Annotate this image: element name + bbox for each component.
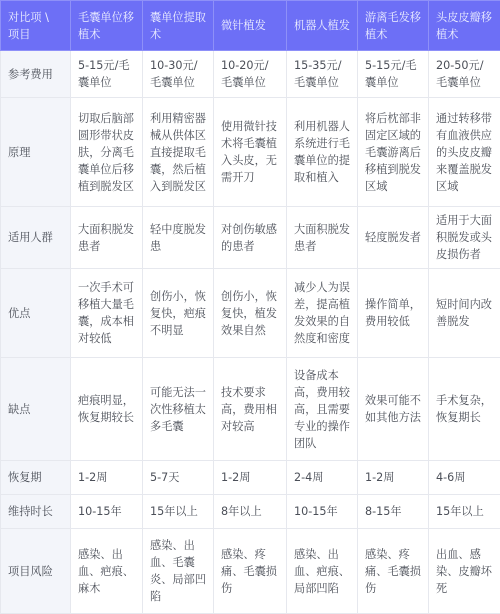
table-cell: 轻中度脱发患 bbox=[143, 207, 214, 269]
table-cell: 10-15年 bbox=[287, 495, 358, 529]
table-cell: 10-15年 bbox=[71, 495, 143, 529]
table-cell: 将后枕部非固定区域的毛囊游离后移植到脱发区域 bbox=[358, 98, 429, 207]
table-cell: 1-2周 bbox=[358, 461, 429, 495]
row-header: 缺点 bbox=[1, 358, 71, 461]
table-cell: 4-6周 bbox=[429, 461, 500, 495]
table-cell: 减少人为误差，提高植发效果的自然度和密度 bbox=[287, 269, 358, 358]
table-cell: 可能无法一次性移植太多毛囊 bbox=[143, 358, 214, 461]
table-cell: 使用微针技术将毛囊植入头皮，无需开刀 bbox=[214, 98, 287, 207]
row-header: 原理 bbox=[1, 98, 71, 207]
table-row: 参考费用 5-15元/毛囊单位 10-30元/毛囊单位 10-20元/毛囊单位 … bbox=[1, 51, 500, 98]
table-row: 优点 一次手术可移植大量毛囊，成本相对较低 创伤小，恢复快，疤痕不明显 创伤小，… bbox=[1, 269, 500, 358]
table-cell: 设备成本高，费用较高，且需要专业的操作团队 bbox=[287, 358, 358, 461]
table-cell: 通过转移带有血液供应的头皮皮瓣来覆盖脱发区域 bbox=[429, 98, 500, 207]
table-cell: 利用精密器械从供体区直接提取毛囊，然后植入到脱发区 bbox=[143, 98, 214, 207]
row-header: 优点 bbox=[1, 269, 71, 358]
table-cell: 15年以上 bbox=[143, 495, 214, 529]
table-cell: 操作简单，费用较低 bbox=[358, 269, 429, 358]
table-cell: 5-7天 bbox=[143, 461, 214, 495]
table-cell: 1-2周 bbox=[214, 461, 287, 495]
table-cell: 感染、出血、毛囊炎、局部凹陷 bbox=[143, 529, 214, 614]
corner-header: 对比项 \ 项目 bbox=[1, 1, 71, 51]
table-cell: 对创伤敏感的患者 bbox=[214, 207, 287, 269]
table-cell: 2-4周 bbox=[287, 461, 358, 495]
table-cell: 5-15元/毛囊单位 bbox=[71, 51, 143, 98]
table-cell: 感染、出血、疤痕、麻木 bbox=[71, 529, 143, 614]
row-header: 恢复期 bbox=[1, 461, 71, 495]
table-cell: 大面积脱发患者 bbox=[287, 207, 358, 269]
table-cell: 出血、感染、皮瓣坏死 bbox=[429, 529, 500, 614]
table-cell: 感染、出血、疤痕、局部凹陷 bbox=[287, 529, 358, 614]
table-cell: 10-20元/毛囊单位 bbox=[214, 51, 287, 98]
column-header: 囊单位提取术 bbox=[143, 1, 214, 51]
table-cell: 手术复杂，恢复期长 bbox=[429, 358, 500, 461]
column-header: 头皮皮瓣移植术 bbox=[429, 1, 500, 51]
table-cell: 感染、疼痛、毛囊损伤 bbox=[358, 529, 429, 614]
column-header: 微针植发 bbox=[214, 1, 287, 51]
table-cell: 适用于大面积脱发或头皮损伤者 bbox=[429, 207, 500, 269]
table-cell: 8年以上 bbox=[214, 495, 287, 529]
table-cell: 疤痕明显，恢复期较长 bbox=[71, 358, 143, 461]
table-cell: 利用机器人系统进行毛囊单位的提取和植入 bbox=[287, 98, 358, 207]
table-cell: 5-15元/毛囊单位 bbox=[358, 51, 429, 98]
table-row: 恢复期 1-2周 5-7天 1-2周 2-4周 1-2周 4-6周 bbox=[1, 461, 500, 495]
comparison-table: 对比项 \ 项目 毛囊单位移植术 囊单位提取术 微针植发 机器人植发 游离毛发移… bbox=[0, 0, 500, 614]
table-cell: 8-15年 bbox=[358, 495, 429, 529]
table-cell: 创伤小，恢复快，疤痕不明显 bbox=[143, 269, 214, 358]
table-cell: 1-2周 bbox=[71, 461, 143, 495]
table-row: 维持时长 10-15年 15年以上 8年以上 10-15年 8-15年 15年以… bbox=[1, 495, 500, 529]
table-cell: 创伤小，恢复快，植发效果自然 bbox=[214, 269, 287, 358]
table-cell: 一次手术可移植大量毛囊，成本相对较低 bbox=[71, 269, 143, 358]
column-header: 游离毛发移植术 bbox=[358, 1, 429, 51]
table-cell: 15-35元/毛囊单位 bbox=[287, 51, 358, 98]
table-cell: 轻度脱发者 bbox=[358, 207, 429, 269]
row-header: 维持时长 bbox=[1, 495, 71, 529]
table-row: 缺点 疤痕明显，恢复期较长 可能无法一次性移植太多毛囊 技术要求高，费用相对较高… bbox=[1, 358, 500, 461]
table-row: 适用人群 大面积脱发患者 轻中度脱发患 对创伤敏感的患者 大面积脱发患者 轻度脱… bbox=[1, 207, 500, 269]
table-cell: 感染、疼痛、毛囊损伤 bbox=[214, 529, 287, 614]
table-row: 项目风险 感染、出血、疤痕、麻木 感染、出血、毛囊炎、局部凹陷 感染、疼痛、毛囊… bbox=[1, 529, 500, 614]
table-cell: 15年以上 bbox=[429, 495, 500, 529]
table-cell: 技术要求高，费用相对较高 bbox=[214, 358, 287, 461]
table-cell: 切取后脑部圆形带状皮肤，分离毛囊单位后移植到脱发区 bbox=[71, 98, 143, 207]
table-cell: 20-50元/毛囊单位 bbox=[429, 51, 500, 98]
row-header: 参考费用 bbox=[1, 51, 71, 98]
table-cell: 大面积脱发患者 bbox=[71, 207, 143, 269]
row-header: 适用人群 bbox=[1, 207, 71, 269]
column-header: 毛囊单位移植术 bbox=[71, 1, 143, 51]
table-header-row: 对比项 \ 项目 毛囊单位移植术 囊单位提取术 微针植发 机器人植发 游离毛发移… bbox=[1, 1, 500, 51]
table-cell: 效果可能不如其他方法 bbox=[358, 358, 429, 461]
table-cell: 短时间内改善脱发 bbox=[429, 269, 500, 358]
column-header: 机器人植发 bbox=[287, 1, 358, 51]
table-row: 原理 切取后脑部圆形带状皮肤，分离毛囊单位后移植到脱发区 利用精密器械从供体区直… bbox=[1, 98, 500, 207]
table-cell: 10-30元/毛囊单位 bbox=[143, 51, 214, 98]
row-header: 项目风险 bbox=[1, 529, 71, 614]
